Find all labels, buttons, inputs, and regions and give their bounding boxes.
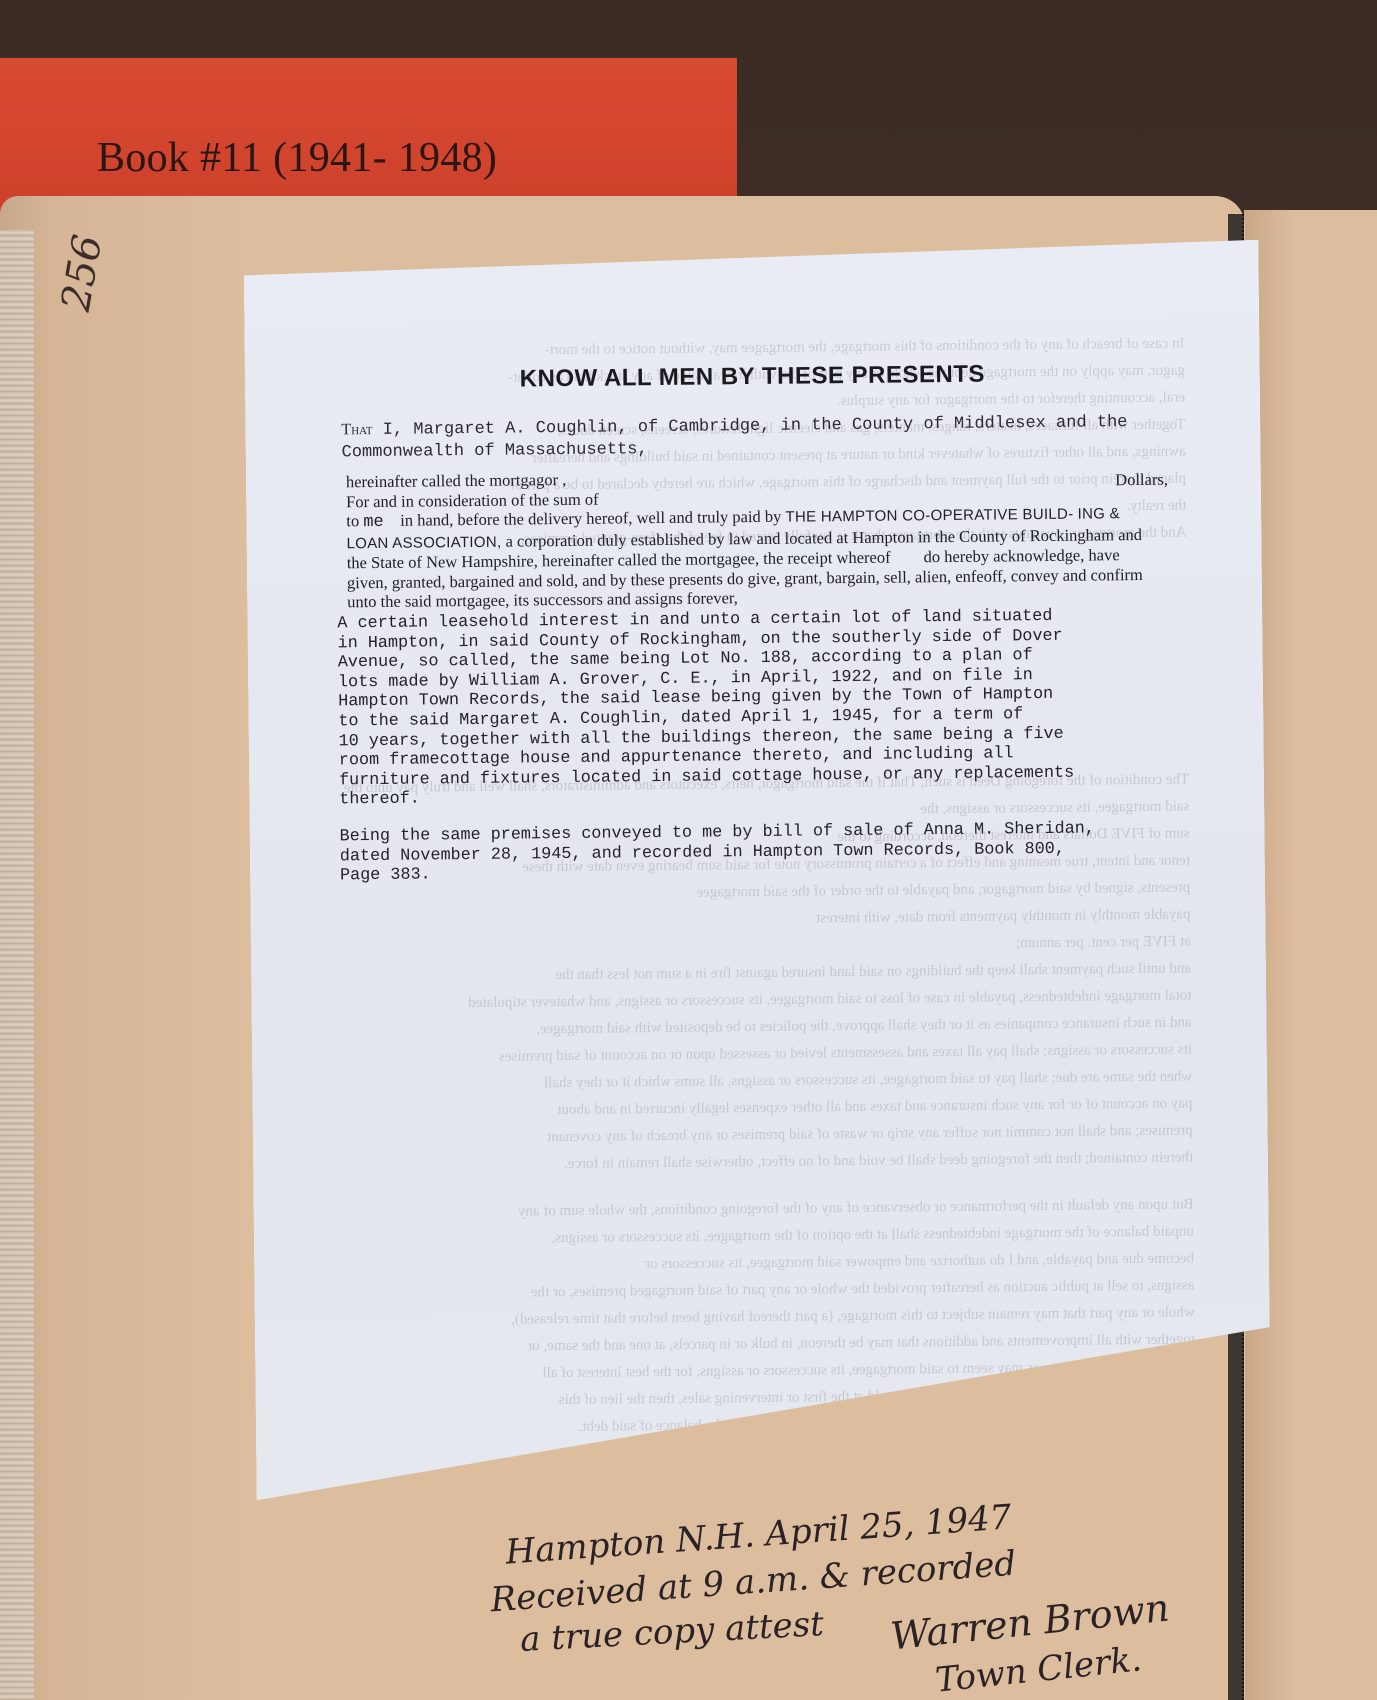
association-name-part1: THE HAMPTON CO-OPERATIVE BUILD-: [785, 506, 1073, 526]
consideration-line: For and in consideration of the sum of: [346, 489, 599, 511]
do-word: do: [923, 547, 940, 566]
dollars-label: Dollars,: [1115, 469, 1168, 489]
printed-clause: hereinafter called the mortgagor , For a…: [346, 436, 1158, 612]
paid-by-text: in hand, before the delivery hereof, wel…: [400, 507, 781, 530]
property-description: A certain leasehold interest in and unto…: [337, 606, 1179, 811]
page-edges: [0, 230, 34, 1700]
premises-paragraph: Being the same premises conveyed to me b…: [340, 819, 1181, 887]
intro-prefix: That: [341, 421, 372, 438]
mortgage-document: In case of breach of any of the conditio…: [243, 240, 1271, 1501]
book-label: Book #11 (1941- 1948): [97, 134, 497, 182]
to-typed: me: [363, 513, 384, 532]
to-prefix: to: [346, 511, 359, 530]
